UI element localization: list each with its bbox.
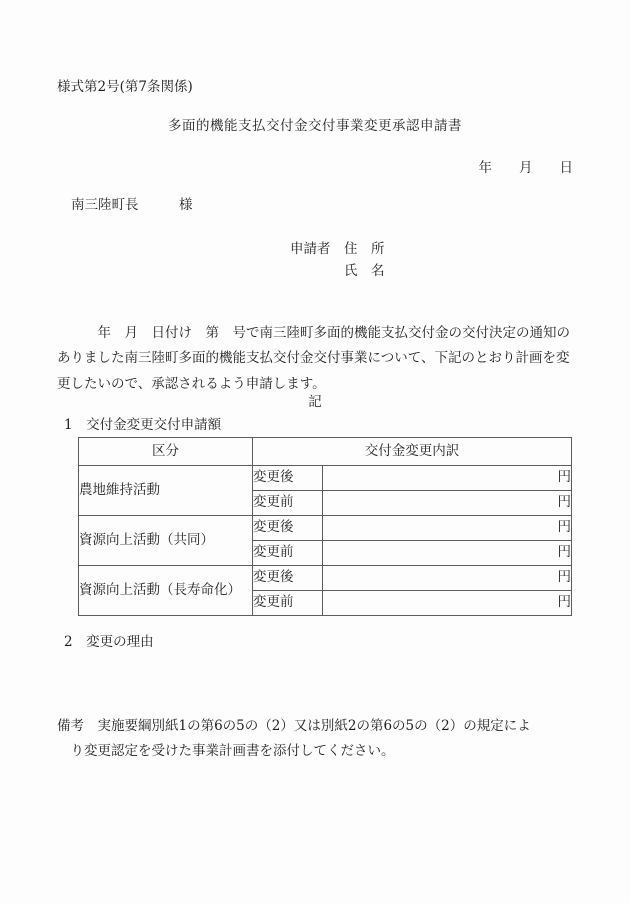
phase-after-label: 変更後 [253, 516, 323, 541]
addressee-line: 南三陸町長 様 [71, 199, 193, 213]
section2-heading: 2 変更の理由 [64, 636, 154, 650]
phase-before-label: 変更前 [253, 541, 323, 566]
document-page: 様式第2号(第7条関係) 多面的機能支払交付金交付事業変更承認申請書 年 月 日… [0, 0, 630, 903]
document-title: 多面的機能支払交付金交付事業変更承認申請書 [0, 120, 630, 134]
column-header-breakdown: 交付金変更内訳 [253, 438, 572, 466]
date-line: 年 月 日 [479, 162, 574, 176]
grant-change-table: 区分 交付金変更内訳 農地維持活動 変更後 円 変更前 円 資源向上活動（共同）… [78, 437, 572, 616]
phase-before-label: 変更前 [253, 491, 323, 516]
table-row: 資源向上活動（長寿命化） 変更後 円 [79, 566, 572, 591]
amount-before-cell: 円 [323, 541, 572, 566]
category-cell: 農地維持活動 [79, 466, 253, 516]
category-cell: 資源向上活動（共同） [79, 516, 253, 566]
section1-heading: 1 交付金変更交付申請額 [64, 419, 221, 433]
applicant-block: 申請者 住 所 氏 名 [290, 238, 385, 282]
phase-before-label: 変更前 [253, 591, 323, 616]
table-row: 資源向上活動（共同） 変更後 円 [79, 516, 572, 541]
amount-after-cell: 円 [323, 466, 572, 491]
ki-label: 記 [0, 396, 630, 410]
remarks-note: 備考 実施要綱別紙1の第6の5の（2）又は別紙2の第6の5の（2）の規定によ り… [57, 714, 582, 764]
amount-before-cell: 円 [323, 491, 572, 516]
body-paragraph: 年 月 日付け 第 号で南三陸町多面的機能支払交付金の交付決定の通知の ありまし… [57, 321, 577, 397]
table-row: 農地維持活動 変更後 円 [79, 466, 572, 491]
amount-after-cell: 円 [323, 566, 572, 591]
amount-before-cell: 円 [323, 591, 572, 616]
phase-after-label: 変更後 [253, 466, 323, 491]
table-header-row: 区分 交付金変更内訳 [79, 438, 572, 466]
column-header-category: 区分 [79, 438, 253, 466]
phase-after-label: 変更後 [253, 566, 323, 591]
category-cell: 資源向上活動（長寿命化） [79, 566, 253, 616]
amount-after-cell: 円 [323, 516, 572, 541]
form-number: 様式第2号(第7条関係) [57, 81, 193, 95]
